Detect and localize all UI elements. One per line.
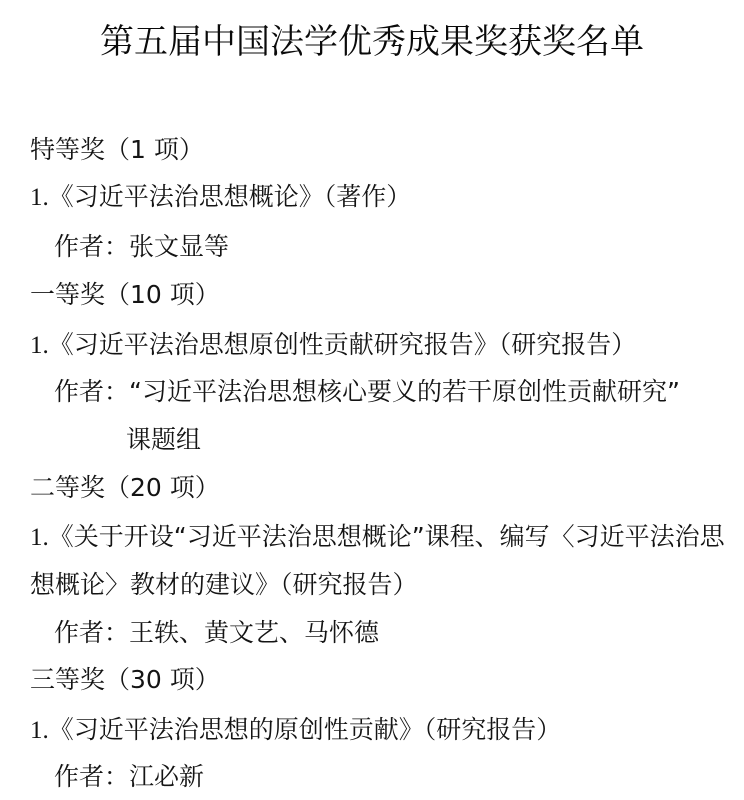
- award-item: 1.《习近平法治思想概论》（著作）: [30, 173, 411, 221]
- author-names: 江必新: [129, 762, 204, 791]
- award-name: 三等奖: [30, 665, 105, 694]
- item-authors: 作者：王轶、黄文艺、马怀德: [54, 609, 379, 657]
- item-index: 1.: [30, 184, 49, 211]
- author-label: 作者：: [54, 762, 129, 791]
- author-label: 作者：: [54, 377, 129, 406]
- award-heading-third: 三等奖（30 项）: [30, 656, 220, 704]
- award-item: 1.《习近平法治思想原创性贡献研究报告》（研究报告）: [30, 321, 636, 369]
- award-name: 特等奖: [30, 135, 105, 164]
- item-authors: 作者：江必新: [54, 753, 204, 800]
- item-title: 《关于开设“习近平法治思想概论”课程、编写〈习近平法治思: [49, 522, 725, 551]
- document-title: 第五届中国法学优秀成果奖获奖名单: [0, 18, 744, 66]
- author-label: 作者：: [54, 618, 129, 647]
- award-name: 二等奖: [30, 473, 105, 502]
- award-heading-special: 特等奖（1 项）: [30, 126, 204, 174]
- author-label: 作者：: [54, 232, 129, 261]
- item-index: 1.: [30, 717, 49, 744]
- item-index: 1.: [30, 524, 49, 551]
- item-authors: 作者：“习近平法治思想核心要义的若干原创性贡献研究”: [54, 368, 680, 416]
- award-count: （1 项）: [105, 135, 204, 164]
- author-names: “习近平法治思想核心要义的若干原创性贡献研究”: [129, 377, 680, 406]
- award-item: 1.《关于开设“习近平法治思想概论”课程、编写〈习近平法治思: [30, 513, 725, 561]
- item-index: 1.: [30, 332, 49, 359]
- author-names: 王轶、黄文艺、马怀德: [129, 618, 379, 647]
- award-item: 1.《习近平法治思想的原创性贡献》（研究报告）: [30, 706, 561, 754]
- item-title: 《习近平法治思想原创性贡献研究报告》（研究报告）: [49, 330, 637, 359]
- item-authors-continuation: 课题组: [126, 416, 201, 464]
- award-heading-first: 一等奖（10 项）: [30, 271, 220, 319]
- award-name: 一等奖: [30, 280, 105, 309]
- item-title: 《习近平法治思想概论》（著作）: [49, 182, 412, 211]
- item-title: 《习近平法治思想的原创性贡献》（研究报告）: [49, 715, 562, 744]
- award-count: （20 项）: [105, 473, 220, 502]
- item-authors: 作者：张文显等: [54, 223, 229, 271]
- award-heading-second: 二等奖（20 项）: [30, 464, 220, 512]
- author-names: 课题组: [126, 425, 201, 454]
- author-names: 张文显等: [129, 232, 229, 261]
- award-count: （10 项）: [105, 280, 220, 309]
- award-count: （30 项）: [105, 665, 220, 694]
- item-title: 想概论〉教材的建议》（研究报告）: [30, 570, 418, 599]
- award-item-continuation: 想概论〉教材的建议》（研究报告）: [30, 561, 418, 609]
